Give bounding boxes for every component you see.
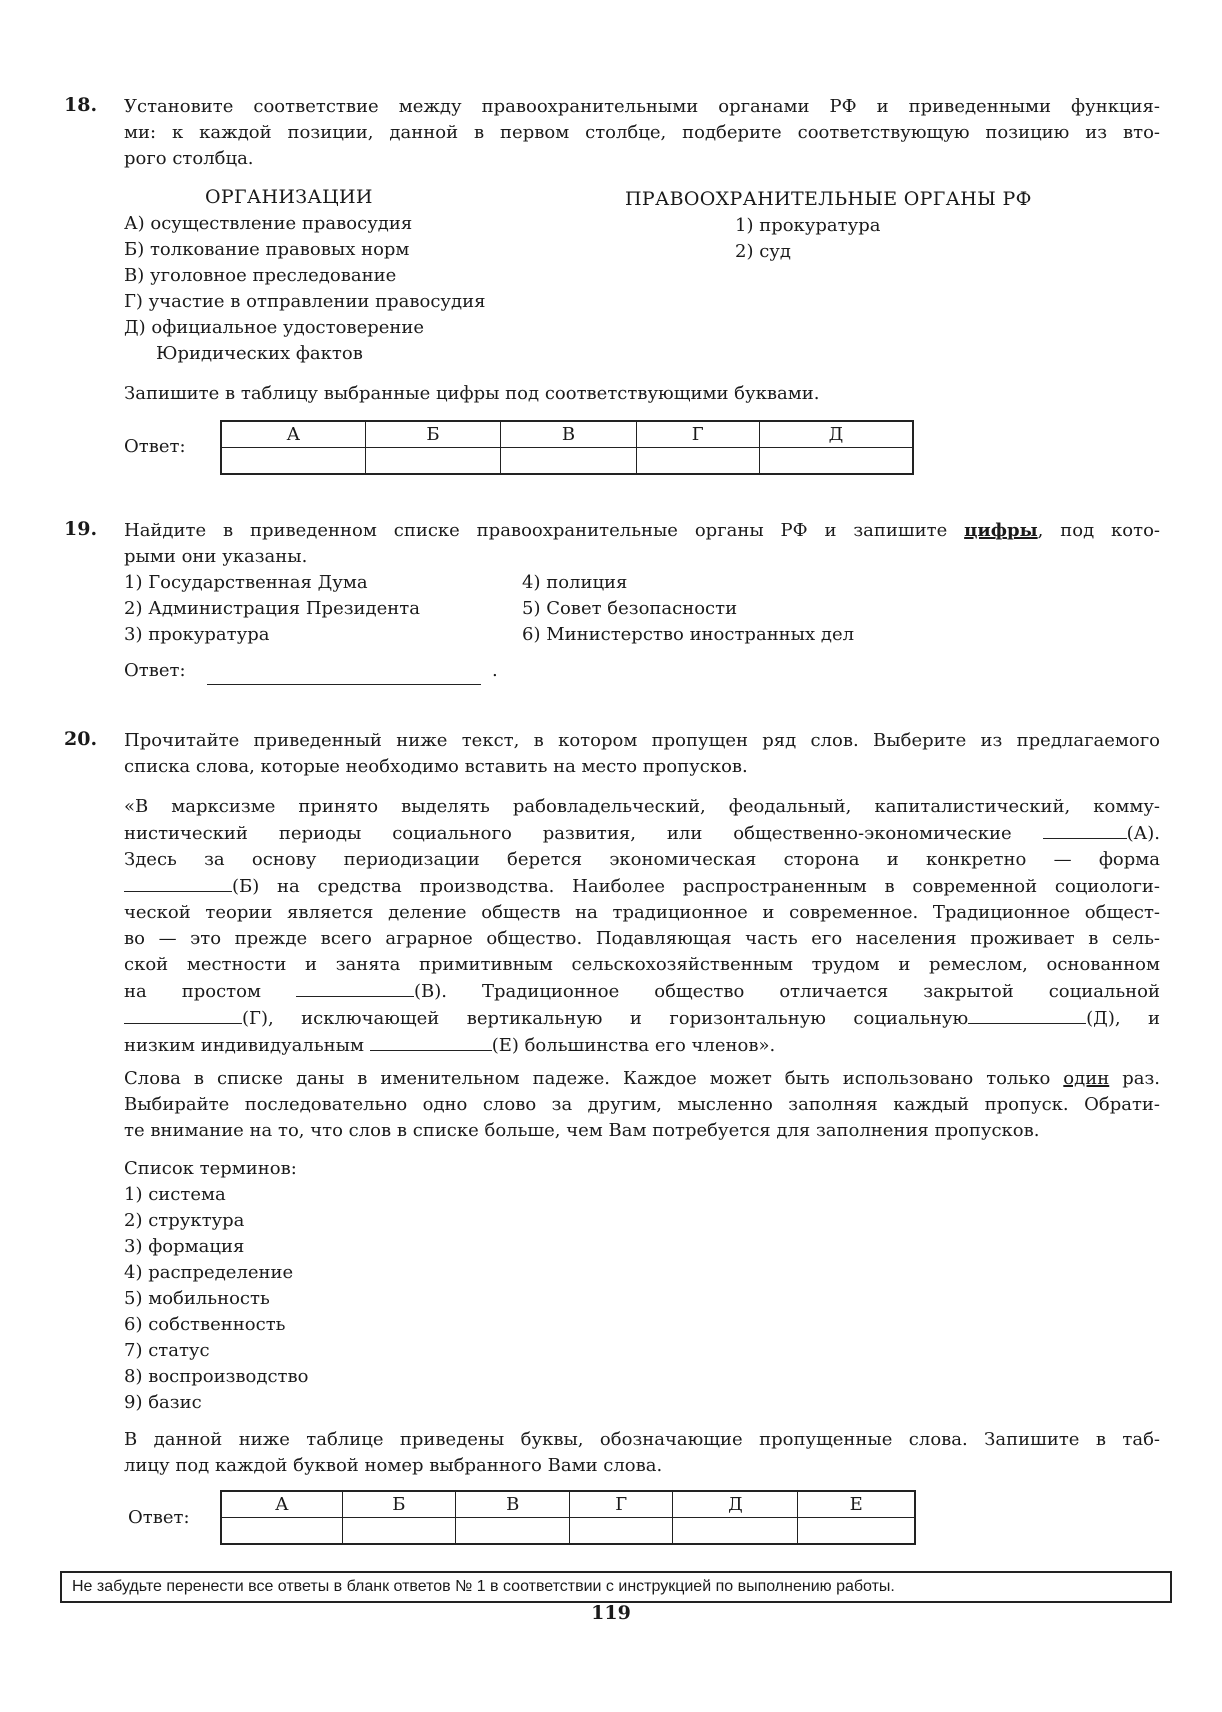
answer-cell-d[interactable]	[673, 1518, 798, 1545]
answer-label: Ответ:	[124, 436, 186, 457]
text-line: ческой теории является деление обществ н…	[124, 900, 1160, 926]
answer-cell-b[interactable]	[342, 1518, 456, 1545]
right-column-heading: ПРАВООХРАНИТЕЛЬНЫЕ ОРГАНЫ РФ	[625, 188, 1032, 210]
text-line: лицу под каждой буквой номер выбранного …	[124, 1455, 662, 1476]
option-item-3: 3) прокуратура	[124, 622, 269, 648]
text-line: (Б) на средства производства. Наиболее р…	[124, 873, 1160, 900]
term-item-8: 8) воспроизводство	[124, 1364, 308, 1390]
term-item-5: 5) мобильность	[124, 1286, 270, 1312]
answer-table-input-row	[221, 1518, 915, 1545]
text-fragment: (Б) на средства производства. Наиболее р…	[232, 876, 1160, 897]
answer-transfer-reminder: Не забудьте перенести все ответы в бланк…	[60, 1571, 1172, 1603]
text-fragment: (А).	[1127, 823, 1160, 844]
organ-item-2: 2) суд	[735, 239, 791, 265]
question-number-19: 19.	[64, 518, 97, 540]
answer-cell-a[interactable]	[221, 1518, 342, 1545]
answer-table-header-row: А Б В Г Д	[221, 421, 913, 448]
question-number-18: 18.	[64, 94, 97, 116]
answer-cell-a[interactable]	[221, 448, 365, 475]
text-line: низким индивидуальным (Е) большинства ег…	[124, 1035, 775, 1056]
text-fragment: низким индивидуальным	[124, 1035, 364, 1056]
term-item-2: 2) структура	[124, 1208, 244, 1234]
function-item-v: В) уголовное преследование	[124, 263, 396, 289]
answer-cell-e[interactable]	[798, 1518, 915, 1545]
answer-header-g: Г	[570, 1491, 673, 1518]
answer-suffix: .	[492, 660, 498, 681]
text-fragment: (В). Традиционное общество отличается за…	[414, 981, 1160, 1002]
text-line: Здесь за основу периодизации берется эко…	[124, 847, 1160, 873]
text-line: «В марксизме принято выделять рабовладел…	[124, 794, 1160, 820]
organ-item-1: 1) прокуратура	[735, 213, 880, 239]
table-instruction: В данной ниже таблице приведены буквы, о…	[124, 1427, 1160, 1479]
answer-header-d: Д	[673, 1491, 798, 1518]
answer-cell-g[interactable]	[570, 1518, 673, 1545]
text-line: нистический периоды социального развития…	[124, 820, 1160, 847]
prompt-line: рыми они указаны.	[124, 546, 307, 567]
term-item-9: 9) базис	[124, 1390, 202, 1416]
emphasis-digits: цифры	[964, 520, 1038, 541]
text-fragment: (Г), исключающей вертикальную и горизонт…	[242, 1008, 968, 1029]
question-19-prompt: Найдите в приведенном списке правоохрани…	[124, 518, 1160, 570]
answer-cell-b[interactable]	[365, 448, 501, 475]
blank-d	[968, 1005, 1086, 1024]
answer-header-a: А	[221, 1491, 342, 1518]
answer-header-b: Б	[342, 1491, 456, 1518]
rules-text: Слова в списке даны в именительном падеж…	[124, 1066, 1160, 1144]
term-item-1: 1) система	[124, 1182, 226, 1208]
answer-header-d: Д	[759, 421, 913, 448]
text-fragment: Слова в списке даны в именительном падеж…	[124, 1068, 1063, 1089]
answer-header-e: Е	[798, 1491, 915, 1518]
blank-b	[124, 873, 232, 892]
blank-v	[296, 978, 414, 997]
term-item-3: 3) формация	[124, 1234, 244, 1260]
answer-instruction: Запишите в таблицу выбранные цифры под с…	[124, 381, 819, 407]
function-item-g: Г) участие в отправлении правосудия	[124, 289, 485, 315]
answer-label: Ответ:	[124, 660, 186, 681]
prompt-text: Найдите в приведенном списке правоохрани…	[124, 520, 964, 541]
function-item-d-continued: Юридических фактов	[156, 341, 363, 367]
option-item-6: 6) Министерство иностранных дел	[522, 622, 854, 648]
term-item-4: 4) распределение	[124, 1260, 293, 1286]
answer-cell-g[interactable]	[636, 448, 759, 475]
text-line: Выбирайте последовательно одно слово за …	[124, 1092, 1160, 1118]
term-item-7: 7) статус	[124, 1338, 210, 1364]
text-fragment: на простом	[124, 981, 261, 1002]
text-line: на простом (В). Традиционное общество от…	[124, 978, 1160, 1005]
answer-table-input-row	[221, 448, 913, 475]
text-line: В данной ниже таблице приведены буквы, о…	[124, 1427, 1160, 1453]
answer-header-v: В	[501, 421, 637, 448]
function-item-b: Б) толкование правовых норм	[124, 237, 409, 263]
prompt-line: ми: к каждой позиции, данной в первом ст…	[124, 120, 1160, 146]
option-item-4: 4) полиция	[522, 570, 627, 596]
function-item-d: Д) официальное удостоверение	[124, 315, 424, 341]
text-line: во — это прежде всего аграрное общество.…	[124, 926, 1160, 952]
prompt-line: Установите соответствие между правоохран…	[124, 94, 1160, 120]
option-item-2: 2) Администрация Президента	[124, 596, 420, 622]
blank-a	[1043, 820, 1127, 839]
terms-heading: Список терминов:	[124, 1156, 297, 1182]
option-item-5: 5) Совет безопасности	[522, 596, 737, 622]
prompt-line: рого столбца.	[124, 148, 254, 169]
gapped-text: «В марксизме принято выделять рабовладел…	[124, 794, 1160, 1059]
answer-label: Ответ:	[128, 1507, 190, 1528]
blank-g	[124, 1005, 242, 1024]
prompt-text: , под кото-	[1038, 520, 1160, 541]
answer-cell-v[interactable]	[456, 1518, 570, 1545]
answer-cell-d[interactable]	[759, 448, 913, 475]
left-column-heading: ОРГАНИЗАЦИИ	[205, 186, 373, 208]
option-item-1: 1) Государственная Дума	[124, 570, 368, 596]
answer-header-b: Б	[365, 421, 501, 448]
page-number: 119	[0, 1602, 1222, 1624]
answer-cell-v[interactable]	[501, 448, 637, 475]
question-18-prompt: Установите соответствие между правоохран…	[124, 94, 1160, 172]
text-fragment: раз.	[1109, 1068, 1160, 1089]
text-line: те внимание на то, что слов в списке бол…	[124, 1120, 1039, 1141]
prompt-line: списка слова, которые необходимо вставит…	[124, 756, 748, 777]
text-fragment: (Д), и	[1086, 1008, 1160, 1029]
blank-e	[370, 1032, 492, 1051]
emphasis-one: один	[1063, 1068, 1109, 1089]
answer-table-q18: А Б В Г Д	[220, 420, 914, 475]
answer-field-q19[interactable]	[207, 664, 481, 685]
text-line: ской местности и занята примитивным сель…	[124, 952, 1160, 978]
text-line: (Г), исключающей вертикальную и горизонт…	[124, 1005, 1160, 1032]
text-line: Слова в списке даны в именительном падеж…	[124, 1066, 1160, 1092]
term-item-6: 6) собственность	[124, 1312, 285, 1338]
answer-header-v: В	[456, 1491, 570, 1518]
answer-table-header-row: А Б В Г Д Е	[221, 1491, 915, 1518]
prompt-line: Найдите в приведенном списке правоохрани…	[124, 518, 1160, 544]
text-fragment: (Е) большинства его членов».	[492, 1035, 776, 1056]
answer-header-g: Г	[636, 421, 759, 448]
answer-table-q20: А Б В Г Д Е	[220, 1490, 916, 1545]
function-item-a: А) осуществление правосудия	[124, 211, 412, 237]
question-number-20: 20.	[64, 728, 97, 750]
prompt-line: Прочитайте приведенный ниже текст, в кот…	[124, 728, 1160, 754]
text-fragment: нистический периоды социального развития…	[124, 823, 1012, 844]
answer-header-a: А	[221, 421, 365, 448]
question-20-prompt: Прочитайте приведенный ниже текст, в кот…	[124, 728, 1160, 780]
